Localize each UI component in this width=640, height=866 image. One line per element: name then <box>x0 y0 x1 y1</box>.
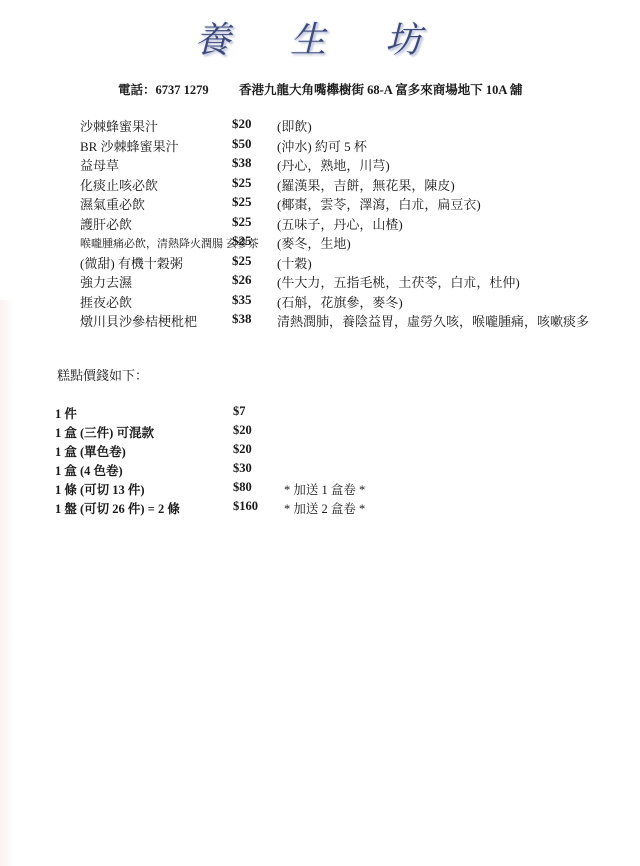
cake-price: $160 <box>233 499 258 514</box>
cake-row: 1 盒 (4 色卷) $30 <box>0 461 640 479</box>
cake-name: 1 盒 (單色卷) <box>55 442 126 460</box>
item-note: 清熱潤肺，養陰益胃，虛勞久咳，喉嚨腫痛，咳嗽痰多 <box>277 311 589 330</box>
menu-row: 強力去濕 $26 (牛大力，五指毛桃，土茯苓，白朮，杜仲) <box>0 272 640 290</box>
item-price: $38 <box>232 155 252 171</box>
item-name: 益母草 <box>80 155 119 174</box>
item-price: $50 <box>232 136 252 152</box>
menu-row: 喉嚨腫痛必飲，清熱降火潤腸 玄參茶 $25 (麥冬，生地) <box>0 233 640 251</box>
item-note: (沖水) 約可 5 杯 <box>277 136 367 155</box>
item-price: $20 <box>232 116 252 132</box>
item-name: 濕氣重必飲 <box>80 194 145 213</box>
menu-row: 燉川貝沙參桔梗枇杷 $38 清熱潤肺，養陰益胃，虛勞久咳，喉嚨腫痛，咳嗽痰多 <box>0 311 640 329</box>
cake-price: $7 <box>233 404 246 419</box>
menu-row: 護肝必飲 $25 (五味子，丹心，山楂) <box>0 214 640 232</box>
item-note: (即飲) <box>277 116 312 135</box>
item-note: (丹心，熟地，川芎) <box>277 155 390 174</box>
menu-row: (微甜) 有機十穀粥 $25 (十穀) <box>0 253 640 271</box>
cake-price: $80 <box>233 480 252 495</box>
cakes-section-title: 糕點價錢如下： <box>57 365 148 384</box>
item-note: (石斛，花旗參，麥冬) <box>277 292 403 311</box>
item-note: (羅漢果，吉餅，無花果，陳皮) <box>277 175 455 194</box>
cake-note: * 加送 2 盒卷 * <box>284 499 365 517</box>
cake-row: 1 盒 (單色卷) $20 <box>0 442 640 460</box>
cake-price: $30 <box>233 461 252 476</box>
item-name: 燉川貝沙參桔梗枇杷 <box>80 311 197 330</box>
shop-address: 香港九龍大角嘴櫸樹街 68-A 富多來商場地下 10A 舖 <box>239 80 522 98</box>
item-name: 強力去濕 <box>80 272 132 291</box>
item-price: $35 <box>232 292 252 308</box>
item-note: (十穀) <box>277 253 312 272</box>
item-price: $25 <box>232 253 252 269</box>
item-name: 化痰止咳必飲 <box>80 175 158 194</box>
cake-name: 1 盤 (可切 26 件) = 2 條 <box>55 499 180 517</box>
item-name: 護肝必飲 <box>80 214 132 233</box>
cake-row: 1 盒 (三件) 可混款 $20 <box>0 423 640 441</box>
item-name: BR 沙棘蜂蜜果汁 <box>80 136 179 155</box>
menu-row: 益母草 $38 (丹心，熟地，川芎) <box>0 155 640 173</box>
cake-name: 1 件 <box>55 404 77 422</box>
menu-row: 化痰止咳必飲 $25 (羅漢果，吉餅，無花果，陳皮) <box>0 175 640 193</box>
page-edge-shadow <box>0 300 14 866</box>
cake-row: 1 條 (可切 13 件) $80 * 加送 1 盒卷 * <box>0 480 640 498</box>
cake-note: * 加送 1 盒卷 * <box>284 480 365 498</box>
item-name: 捱夜必飲 <box>80 292 132 311</box>
menu-row: 捱夜必飲 $35 (石斛，花旗參，麥冬) <box>0 292 640 310</box>
cake-row: 1 盤 (可切 26 件) = 2 條 $160 * 加送 2 盒卷 * <box>0 499 640 517</box>
item-name: (微甜) 有機十穀粥 <box>80 253 183 272</box>
item-price: $25 <box>232 175 252 191</box>
cake-price: $20 <box>233 442 252 457</box>
item-note: (麥冬，生地) <box>277 233 351 252</box>
item-note: (五味子，丹心，山楂) <box>277 214 403 233</box>
cake-name: 1 盒 (4 色卷) <box>55 461 123 479</box>
item-price: $38 <box>232 311 252 327</box>
item-price: $25 <box>232 194 252 210</box>
menu-row: BR 沙棘蜂蜜果汁 $50 (沖水) 約可 5 杯 <box>0 136 640 154</box>
cake-row: 1 件 $7 <box>0 404 640 422</box>
cake-name: 1 條 (可切 13 件) <box>55 480 145 498</box>
menu-row: 濕氣重必飲 $25 (椰棗，雲苓，澤瀉，白朮，扁豆衣) <box>0 194 640 212</box>
item-name: 沙棘蜂蜜果汁 <box>80 116 158 135</box>
cake-price: $20 <box>233 423 252 438</box>
item-note: (牛大力，五指毛桃，土茯苓，白朮，杜仲) <box>277 272 520 291</box>
item-price: $25 <box>232 233 252 249</box>
item-price: $25 <box>232 214 252 230</box>
cake-name: 1 盒 (三件) 可混款 <box>55 423 154 441</box>
phone-number: 電話：6737 1279 <box>118 80 209 98</box>
shop-title: 養 生 坊 <box>0 12 640 63</box>
item-note: (椰棗，雲苓，澤瀉，白朮，扁豆衣) <box>277 194 481 213</box>
item-price: $26 <box>232 272 252 288</box>
menu-row: 沙棘蜂蜜果汁 $20 (即飲) <box>0 116 640 134</box>
